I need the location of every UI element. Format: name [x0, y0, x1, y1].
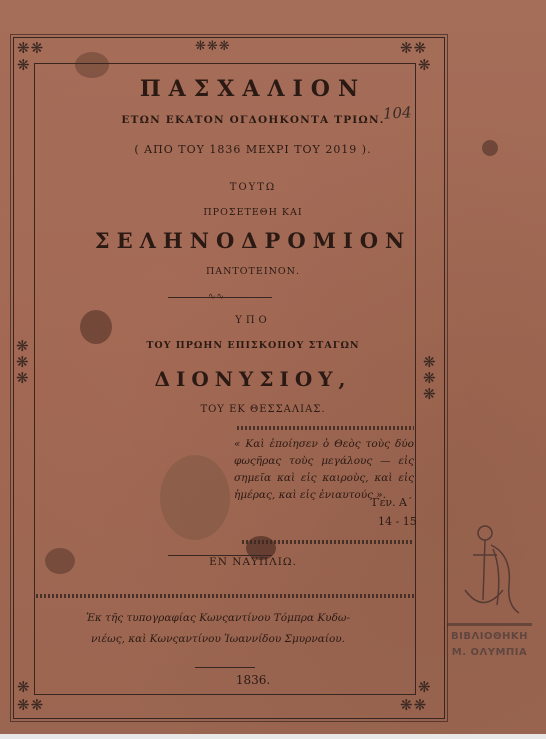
- ypo-line: ΥΠΟ: [0, 315, 526, 326]
- author-name: ΔΙΟΝΥΣΙΟΥ,: [0, 367, 526, 391]
- author-prefix: ΤΟΥ ΠΡΩΗΝ ΕΠΙΣΚΟΠΟΥ ΣΤΑΓΩΝ: [0, 340, 526, 351]
- stamp-line-2: Μ. ΟΛΥΜΠΙΑ: [447, 647, 532, 658]
- ornamental-rule: [195, 667, 255, 668]
- publication-year: 1836.: [0, 673, 526, 687]
- rule-ornament-icon: ∿∿: [208, 290, 225, 305]
- touto-line: ΤΟΥΤΩ: [0, 182, 526, 193]
- author-origin: ΤΟΥ ΕΚ ΘΕΣΣΑΛΙΑΣ.: [0, 404, 536, 415]
- stamp-bar: [447, 623, 532, 626]
- library-stamp: ΒΙΒΛΙΟΘΗΚΗ Μ. ΟΛΥΜΠΙΑ: [447, 515, 532, 675]
- wavy-rule: [36, 594, 414, 598]
- corner-ornament-icon: ❋❋: [400, 41, 427, 56]
- subtitle: ΣΕΛΗΝΟΔΡΟΜΙΟΝ: [0, 228, 526, 253]
- printer-line-2: νιέως, καὶ Κωνςαντίνου Ἰωαννίδου Σμυρναί…: [58, 629, 378, 650]
- printer-imprint: Ἐκ τῆς τυπογραφίας Κωνςαντίνου Τόμπρα Κυ…: [58, 608, 378, 650]
- anchor-figure-icon: [447, 515, 532, 625]
- printer-line-1: Ἐκ τῆς τυπογραφίας Κωνςαντίνου Τόμπρα Κυ…: [58, 608, 378, 629]
- epigraph-reference-verses: 14 - 15: [378, 515, 417, 528]
- years-line: ΕΤΩΝ ΕΚΑΤΟΝ ΟΓΔΟΗΚΟΝΤΑ ΤΡΙΩΝ.: [0, 114, 526, 126]
- stamp-line-1: ΒΙΒΛΙΟΘΗΚΗ: [447, 631, 532, 642]
- scan-edge: [0, 734, 546, 739]
- corner-ornament-icon: ❋: [418, 58, 432, 73]
- range-line: ( ΑΠΟ ΤΟΥ 1836 ΜΕΧΡΙ ΤΟΥ 2019 ).: [0, 143, 526, 156]
- corner-ornament-icon: ❋: [17, 58, 31, 73]
- pantoteinon-line: ΠΑΝΤΟΤΕΙΝΟΝ.: [0, 266, 526, 277]
- prosetethi-line: ΠΡΟΣΕΤΕΘΗ ΚΑΙ: [0, 207, 526, 218]
- top-ornament-icon: ❋❋❋: [195, 39, 231, 54]
- book-title: ΠΑΣΧΑΛΙΟΝ: [0, 76, 526, 102]
- handwritten-shelfmark: 104: [383, 103, 413, 122]
- wavy-rule: [242, 540, 414, 544]
- corner-ornament-icon: ❋❋: [400, 698, 427, 713]
- corner-ornament-icon: ❋❋: [17, 41, 44, 56]
- book-title-page: ❋❋ ❋ ❋❋ ❋ ❋❋❋ ❋❋❋ ❋ ❋❋ ❋❋ ❋ ❋❋❋ ΠΑΣΧΑΛΙΟ…: [0, 0, 546, 739]
- epigraph: « Καὶ ἐποίησεν ὁ Θεὸς τοὺς δύο φωςῆρας τ…: [234, 436, 414, 504]
- corner-ornament-icon: ❋❋: [17, 698, 44, 713]
- wavy-rule: [237, 426, 414, 430]
- epigraph-reference-book: Γεν. Α΄: [372, 496, 412, 509]
